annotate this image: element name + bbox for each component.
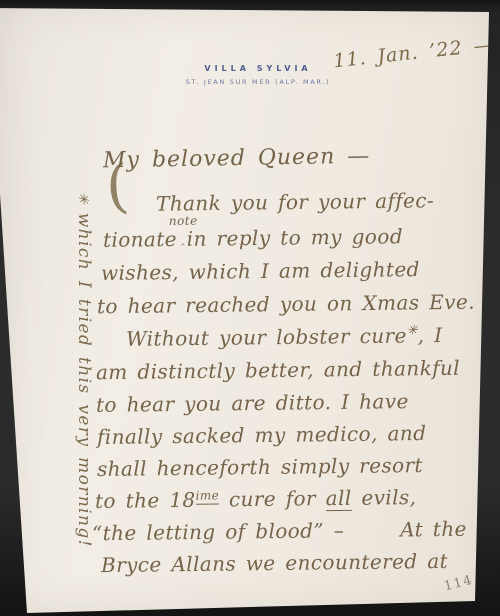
line5-text-before: Without your lobster cure — [126, 324, 407, 351]
line10-text-mid: cure for — [219, 486, 326, 511]
body-line-7: to hear you are ditto. I have — [96, 389, 409, 417]
insertion-caret: ‸ — [181, 233, 185, 246]
body-line-5: Without your lobster cure✳, I — [126, 323, 443, 351]
body-line-9: shall henceforth simply resort — [97, 453, 423, 481]
letterhead-address: ST. JEAN SUR MER (ALP. MAR.) — [108, 78, 408, 86]
body-line-2: tionatenote‸ in reply to my good — [103, 224, 403, 252]
ordinal-superscript: ime — [195, 488, 219, 504]
body-line-12: Bryce Allans we encountered at — [101, 549, 448, 577]
photographed-letter: VILLA SYLVIA ST. JEAN SUR MER (ALP. MAR.… — [0, 0, 500, 616]
margin-footnote-text: which I tried this very morning! — [74, 213, 94, 548]
quoted-phrase: “the letting of blood” – — [92, 518, 344, 545]
line10-text-before: to the 18 — [95, 488, 196, 513]
line2-text-after: in reply to my good — [177, 224, 403, 251]
line10-text-after: evils, — [351, 485, 416, 510]
margin-footnote: ✳which I tried this very morning! — [74, 192, 94, 548]
body-line-3: wishes, which I am delighted — [101, 257, 420, 285]
inserted-word-note: note — [169, 214, 198, 228]
line5-text-after: , I — [417, 323, 442, 347]
underlined-word-all: all — [326, 486, 352, 511]
paragraph-flourish: ( — [104, 151, 131, 220]
body-line-10: to the 18ime cure for all evils, — [95, 485, 417, 513]
line11-tail: At the — [400, 517, 467, 542]
body-line-8: finally sacked my medico, and — [97, 421, 427, 449]
line2-text-before: tionate — [103, 227, 177, 252]
footnote-reference-mark: ✳ — [407, 323, 418, 338]
body-line-4: to hear reached you on Xmas Eve. — [97, 290, 475, 319]
body-line-6: am distinctly better, and thankful — [96, 356, 460, 384]
letter-paper: VILLA SYLVIA ST. JEAN SUR MER (ALP. MAR.… — [0, 0, 500, 616]
body-line-11: “the letting of blood” –At the — [92, 517, 467, 546]
margin-footnote-mark: ✳ — [75, 192, 91, 204]
body-line-1: Thank you for your affec- — [156, 188, 434, 215]
salutation: My beloved Queen — — [103, 144, 371, 174]
